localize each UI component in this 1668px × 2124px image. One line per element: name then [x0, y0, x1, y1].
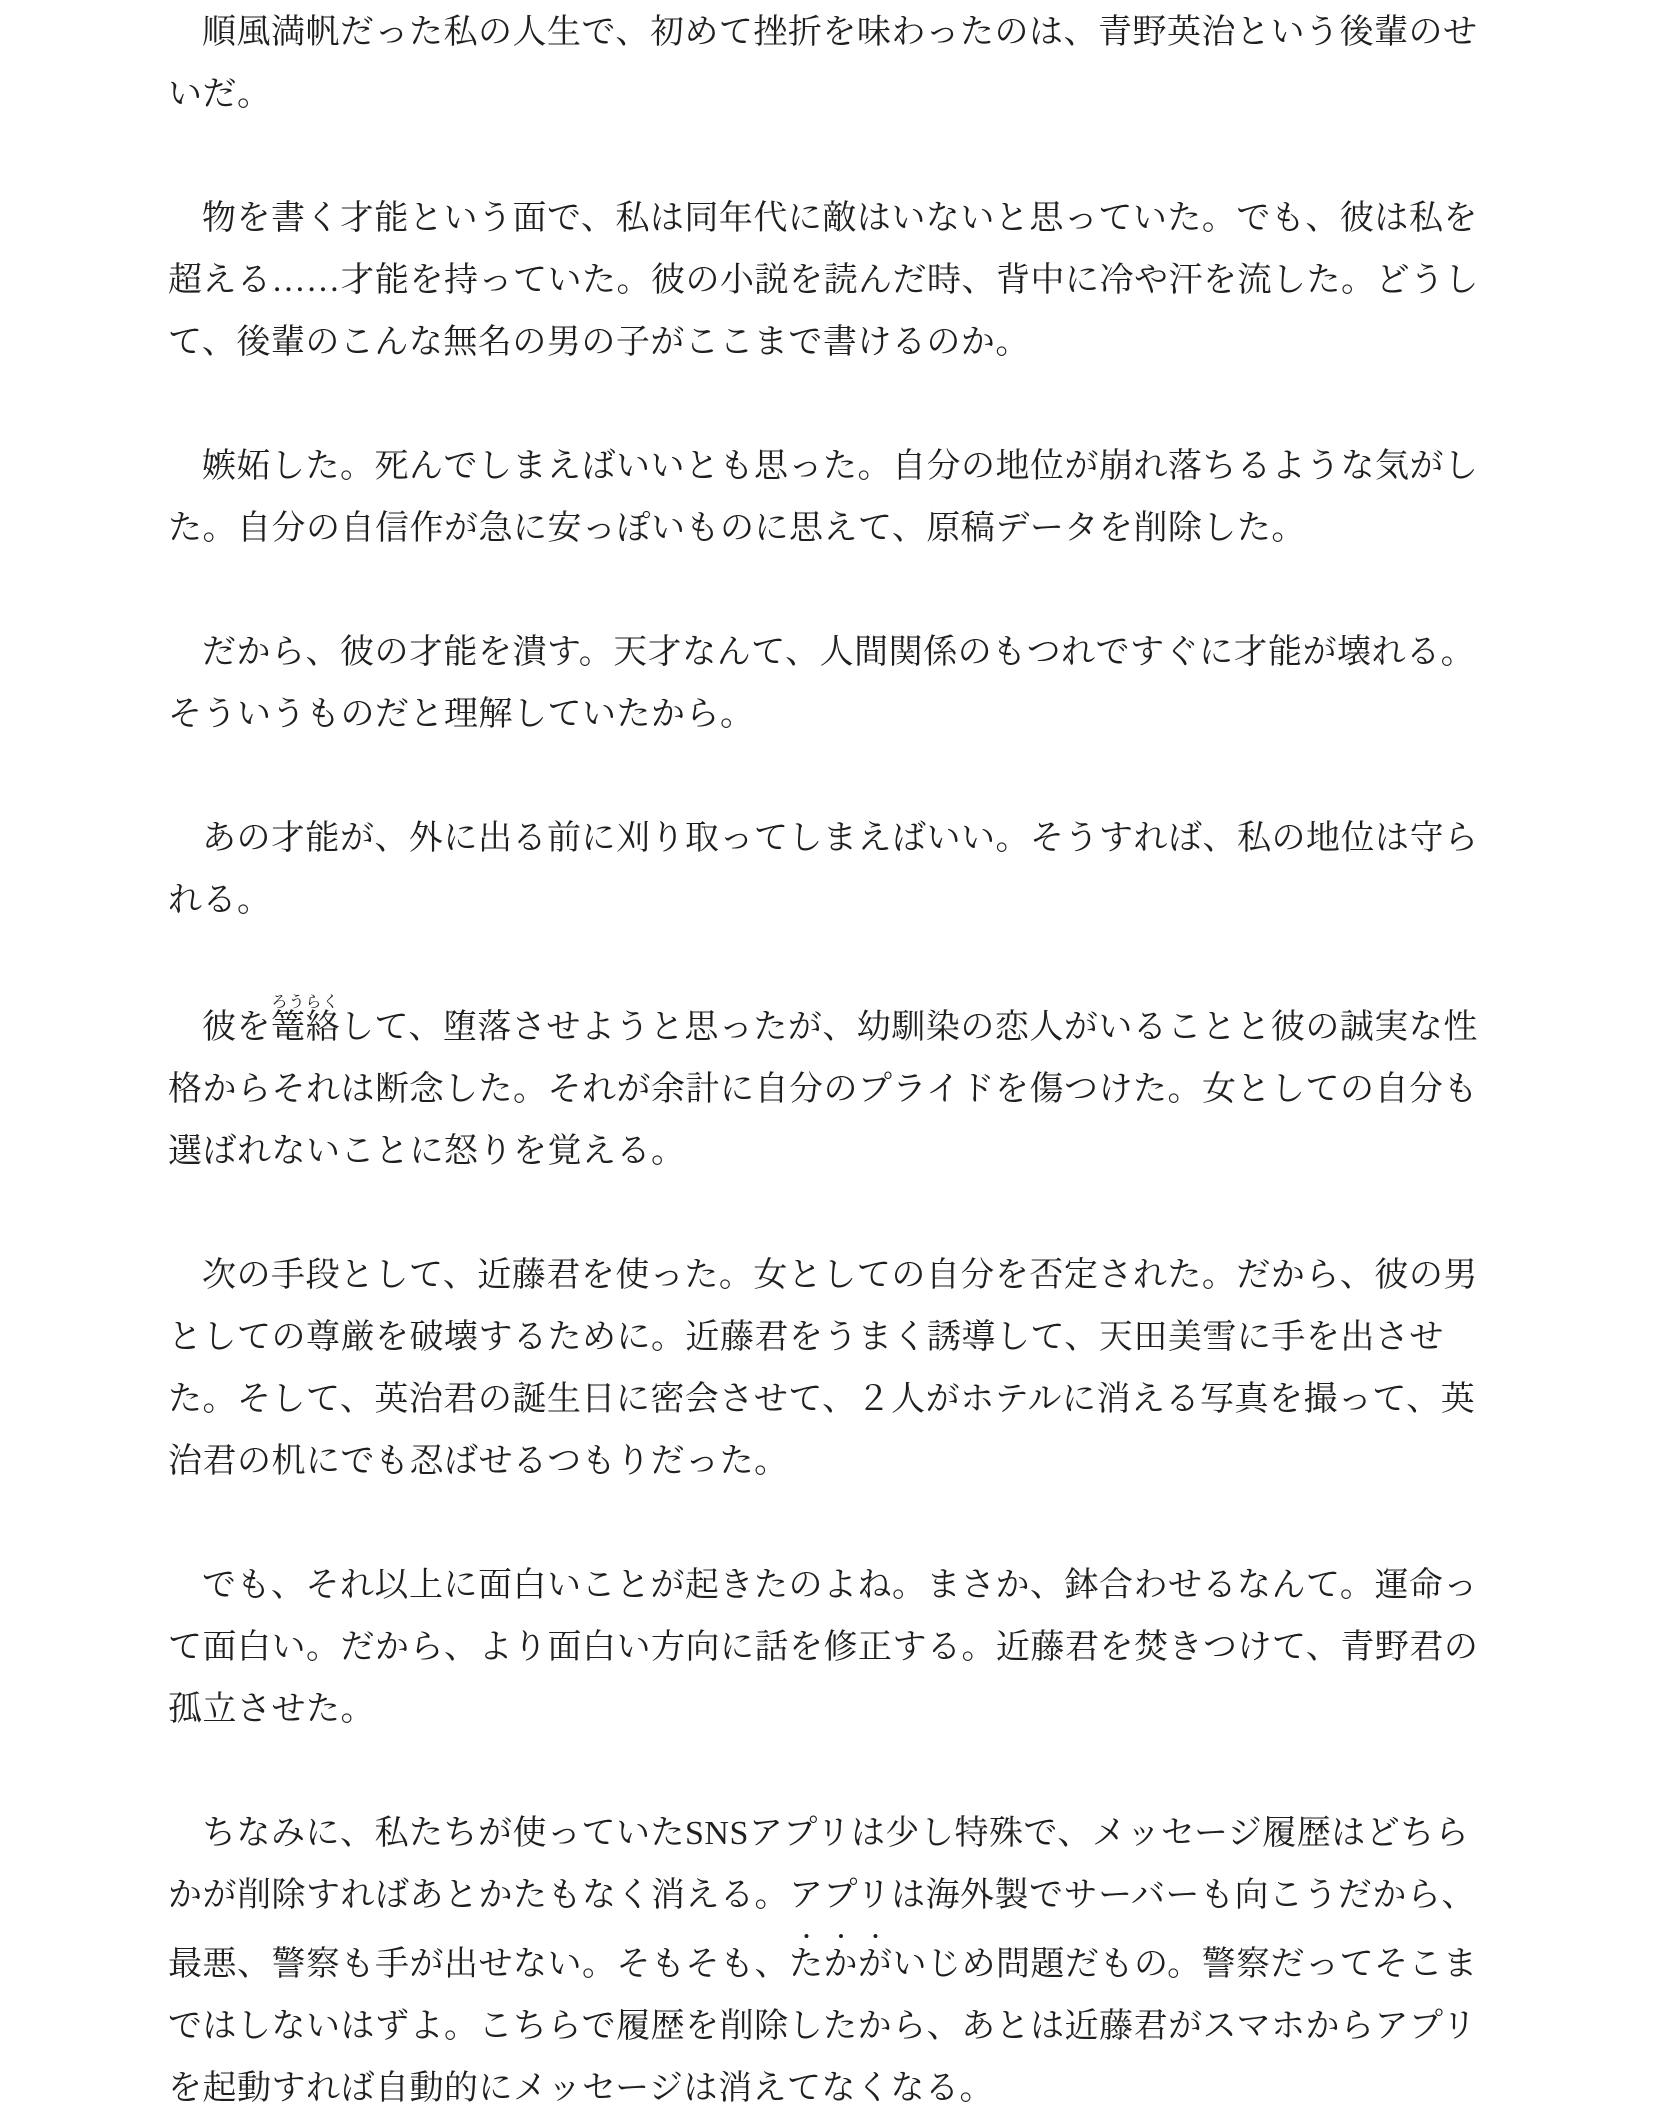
paragraph: 物を書く才能という面で、私は同年代に敵はいないと思っていた。でも、彼は私を超える…	[168, 188, 1496, 374]
text-run: 彼を	[202, 1009, 271, 1046]
novel-page: 順風満帆だった私の人生で、初めて挫折を味わったのは、青野英治という後輩のせいだ。…	[0, 0, 1668, 2124]
text-run: 孤立させた。	[168, 1691, 375, 1728]
text-run: ではしないはずよ。こちらで履歴を削除したから、あとは近藤君がスマホからアプリ	[168, 2008, 1477, 2045]
text-run: 順風満帆だった私の人生で、初めて挫折を味わったのは、青野英治という後輩のせ	[202, 14, 1477, 51]
ruby-annotated-word: 篭絡ろうらく	[271, 1009, 340, 1046]
paragraph: でも、それ以上に面白いことが起きたのよね。まさか、鉢合わせるなんて。運命って面白…	[168, 1555, 1496, 1741]
paragraph: 順風満帆だった私の人生で、初めて挫折を味わったのは、青野英治という後輩のせいだ。	[168, 2, 1496, 126]
text-run: いだ。	[168, 76, 272, 113]
text-run: 物を書く才能という面で、私は同年代に敵はいないと思っていた。でも、彼は私を	[202, 200, 1478, 237]
text-run: して、堕落させようと思ったが、幼馴染の恋人がいることと彼の誠実な性	[340, 1009, 1478, 1046]
text-run: た。自分の自信作が急に安っぽいものに思えて、原稿データを削除した。	[168, 510, 1306, 547]
emphasized-text: たかが	[789, 1946, 893, 1983]
text-run: 嫉妬した。死んでしまえばいいとも思った。自分の地位が崩れ落ちるような気がし	[202, 448, 1479, 485]
text-run: としての尊厳を破壊するために。近藤君をうまく誘導して、天田美雪に手を出させ	[168, 1319, 1444, 1356]
paragraph: ちなみに、私たちが使っていたSNSアプリは少し特殊で、メッセージ履歴はどちらかが…	[168, 1803, 1496, 2120]
text-run: て面白い。だから、より面白い方向に話を修正する。近藤君を焚きつけて、青野君の	[168, 1629, 1478, 1666]
paragraph: 彼を篭絡ろうらくして、堕落させようと思ったが、幼馴染の恋人がいることと彼の誠実な…	[168, 994, 1496, 1183]
ruby-reading: ろうらく	[271, 994, 340, 1011]
text-run: そういうものだと理解していたから。	[168, 696, 755, 733]
text-run: 選ばれないことに怒りを覚える。	[168, 1133, 686, 1170]
paragraph: あの才能が、外に出る前に刈り取ってしまえばいい。そうすれば、私の地位は守られる。	[168, 808, 1496, 932]
paragraph: 嫉妬した。死んでしまえばいいとも思った。自分の地位が崩れ落ちるような気がした。自…	[168, 436, 1496, 560]
text-run: 治君の机にでも忍ばせるつもりだった。	[168, 1443, 789, 1480]
text-run: だから、彼の才能を潰す。天才なんて、人間関係のもつれですぐに才能が壊れる。	[202, 634, 1475, 671]
text-run: た。そして、英治君の誕生日に密会させて、２人がホテルに消える写真を撮って、英	[168, 1381, 1475, 1418]
text-run: ちなみに、私たちが使っていたSNSアプリは少し特殊で、メッセージ履歴はどちら	[202, 1815, 1469, 1852]
text-run: れる。	[168, 882, 272, 919]
paragraph: 次の手段として、近藤君を使った。女としての自分を否定された。だから、彼の男として…	[168, 1245, 1496, 1493]
text-run: あの才能が、外に出る前に刈り取ってしまえばいい。そうすれば、私の地位は守ら	[202, 820, 1479, 857]
text-run: 次の手段として、近藤君を使った。女としての自分を否定された。だから、彼の男	[202, 1257, 1478, 1294]
text-run: 超える……才能を持っていた。彼の小説を読んだ時、背中に冷や汗を流した。どうし	[168, 262, 1479, 299]
text-run: 格からそれは断念した。それが余計に自分のプライドを傷つけた。女としての自分も	[168, 1071, 1478, 1108]
text-run: いじめ問題だもの。警察だってそこま	[893, 1946, 1478, 1983]
text-run: かが削除すればあとかたもなく消える。アプリは海外製でサーバーも向こうだから、	[168, 1877, 1476, 1914]
text-body: 順風満帆だった私の人生で、初めて挫折を味わったのは、青野英治という後輩のせいだ。…	[168, 2, 1496, 2120]
text-run: を起動すれば自動的にメッセージは消えてなくなる。	[168, 2070, 994, 2107]
text-run: でも、それ以上に面白いことが起きたのよね。まさか、鉢合わせるなんて。運命っ	[202, 1567, 1478, 1604]
text-run: て、後輩のこんな無名の男の子がここまで書けるのか。	[168, 324, 1030, 361]
text-run: 最悪、警察も手が出せない。そもそも、	[168, 1946, 789, 1983]
paragraph: だから、彼の才能を潰す。天才なんて、人間関係のもつれですぐに才能が壊れる。そうい…	[168, 622, 1496, 746]
